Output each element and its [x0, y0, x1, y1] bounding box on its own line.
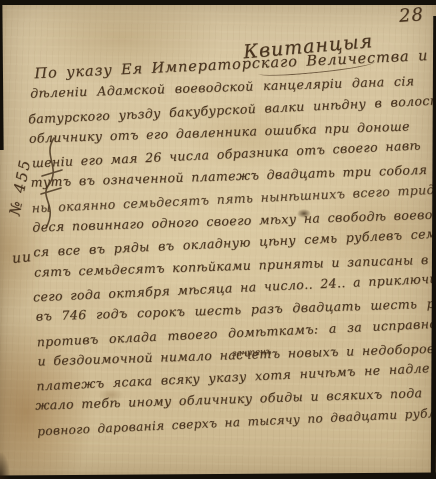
scan-edge-bottom [0, 472, 436, 479]
scan-corner-shadow [0, 453, 10, 479]
scan-edge-right [431, 16, 436, 479]
scan-edge-top [0, 0, 436, 5]
interlinear-note: зачтенъ [232, 347, 272, 359]
folio-number: 28 [398, 4, 424, 27]
margin-mark: ии [11, 249, 33, 267]
scan-edge-left [0, 2, 4, 150]
manuscript-scan: 28 Квитанцыя № 455 ии По указу Ея Импера… [0, 0, 436, 479]
manuscript-body: По указу Ея Императорскаго Величества и … [26, 47, 436, 441]
